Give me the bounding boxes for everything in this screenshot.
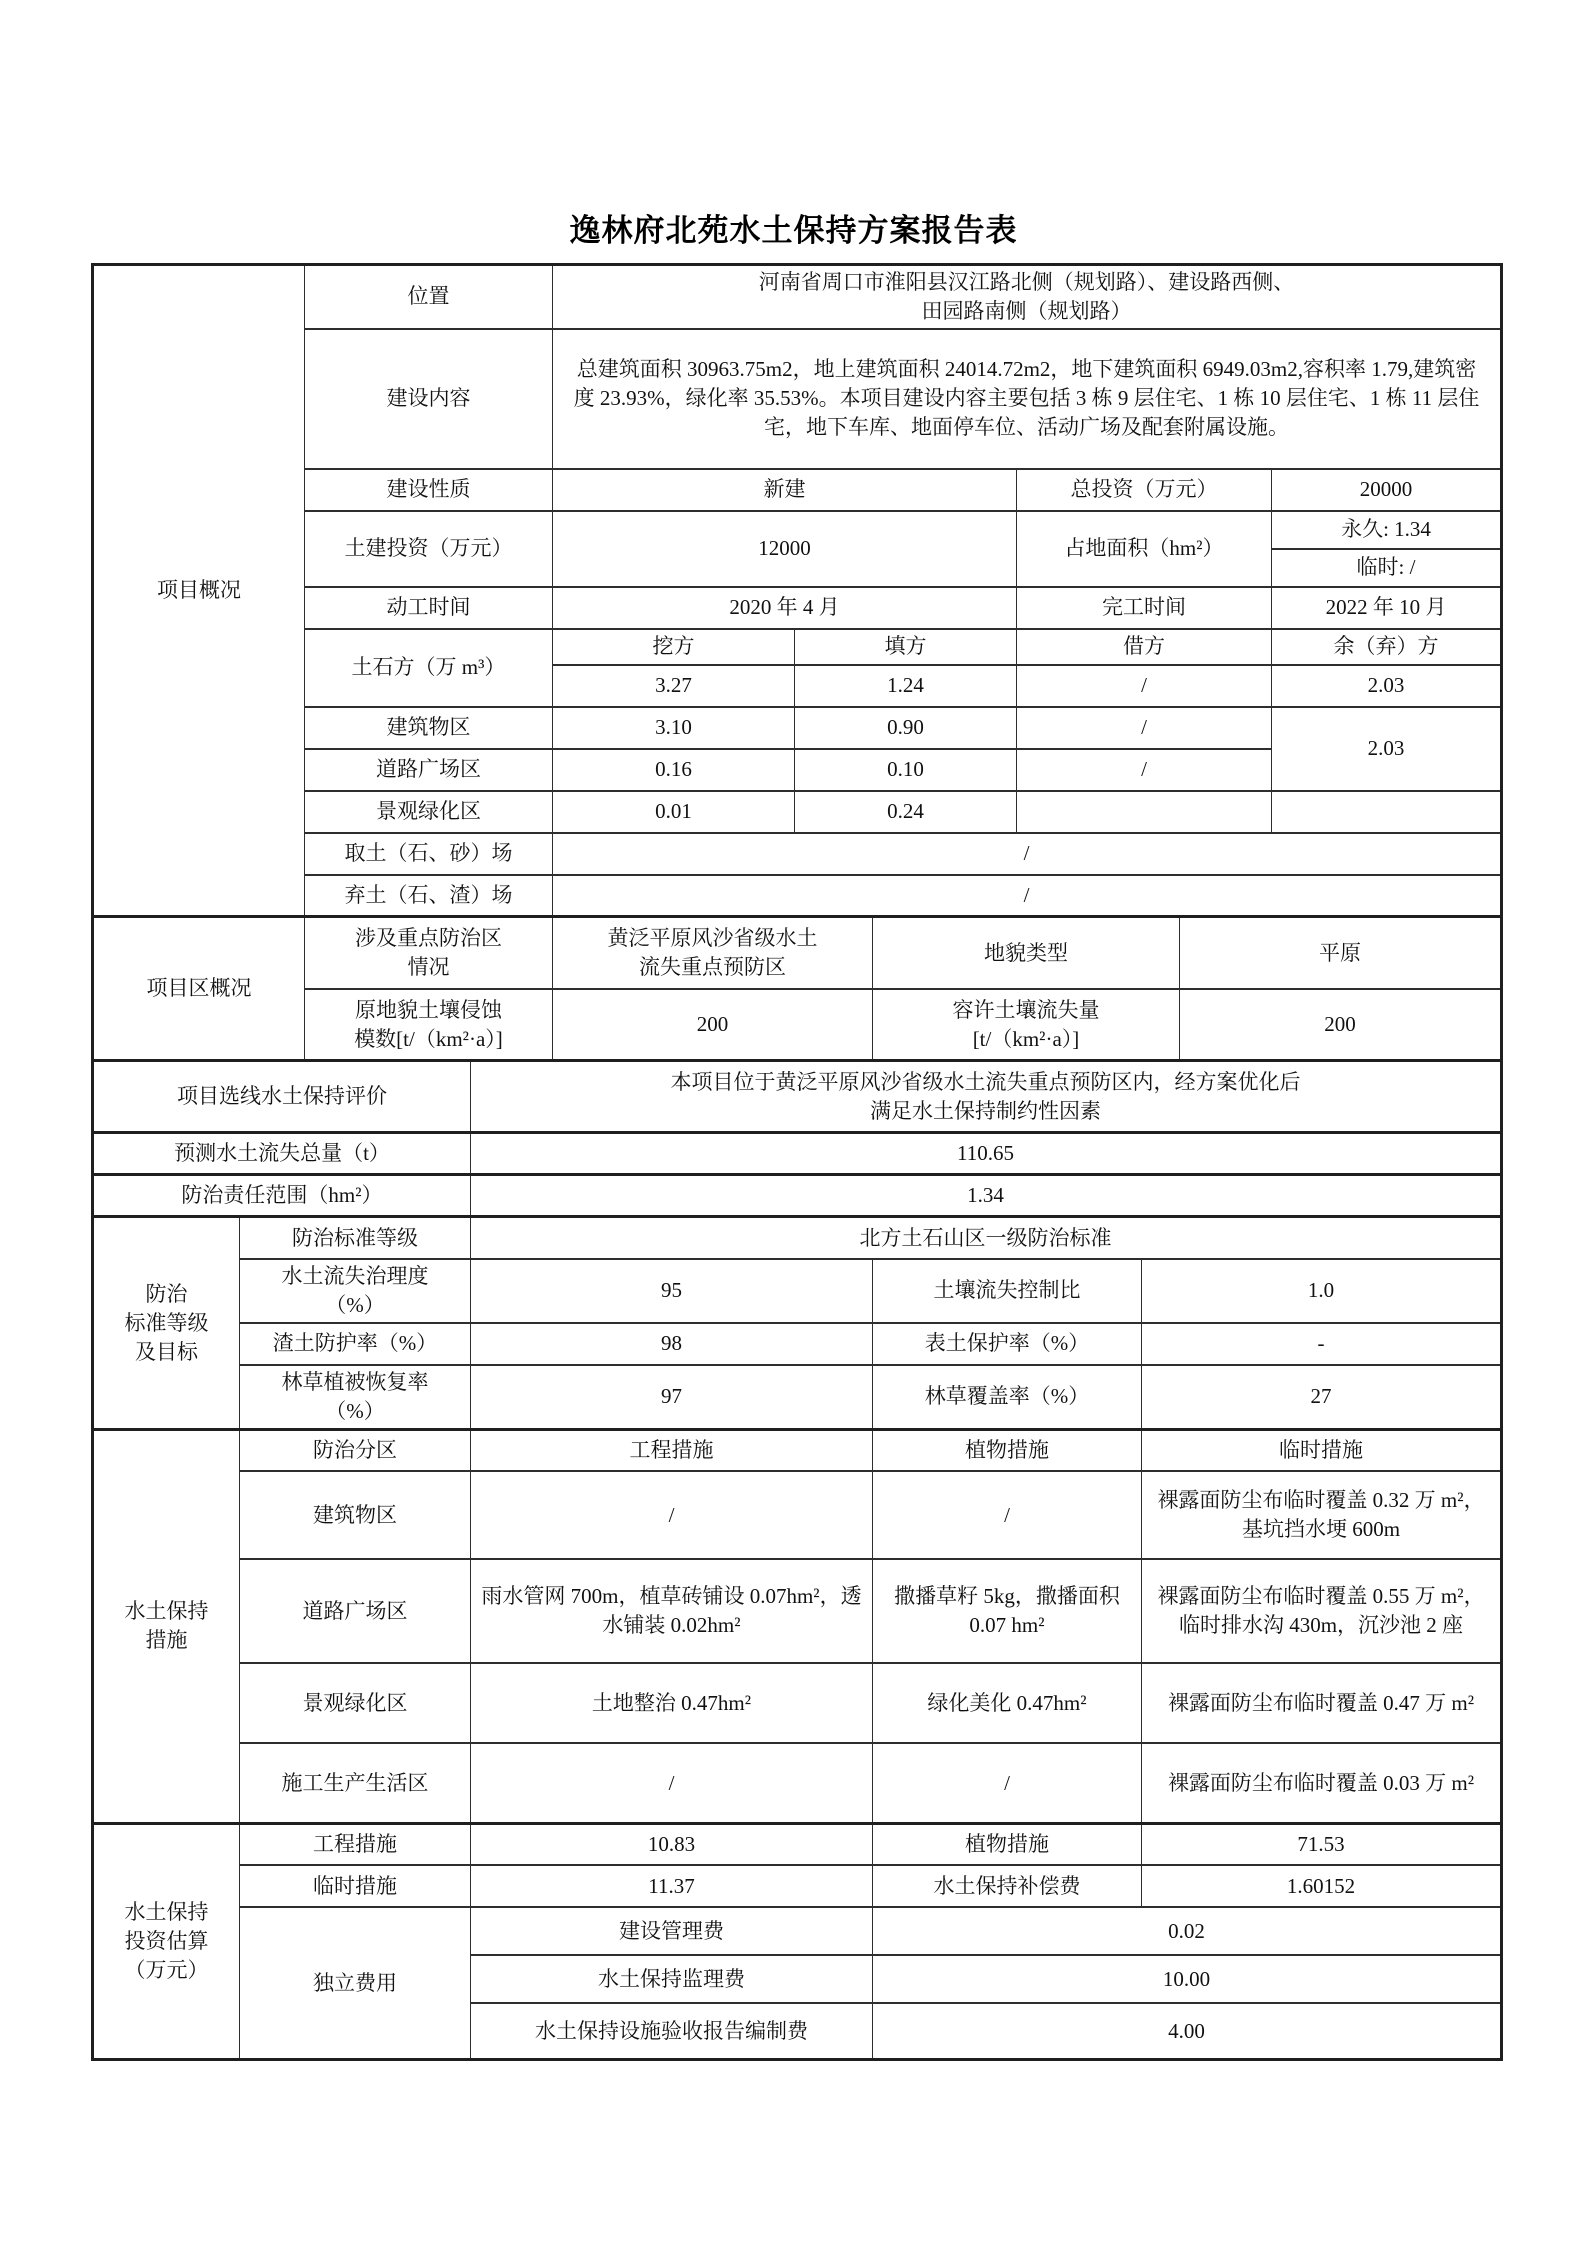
standard-grade-value: 北方土石山区一级防治标准 bbox=[471, 1217, 1502, 1259]
land-area-temporary: 临时: / bbox=[1272, 549, 1502, 587]
road-fill-value: 0.10 bbox=[795, 749, 1017, 791]
road-borrow-value: / bbox=[1017, 749, 1272, 791]
erosion-modulus-value: 200 bbox=[553, 989, 873, 1061]
measures-row-temporary: 裸露面防尘布临时覆盖 0.55 万 m²，临时排水沟 430m，沉沙池 2 座 bbox=[1142, 1559, 1502, 1663]
measures-row-zone: 建筑物区 bbox=[240, 1471, 471, 1559]
treatment-degree-label: 水土流失治理度 （%） bbox=[240, 1259, 471, 1323]
forecast-loss-value: 110.65 bbox=[471, 1133, 1502, 1175]
civil-investment-label: 土建投资（万元） bbox=[305, 511, 553, 587]
green-dig-value: 0.01 bbox=[553, 791, 795, 833]
green-spoil-value bbox=[1272, 791, 1502, 833]
measures-zone-header: 防治分区 bbox=[240, 1429, 471, 1471]
responsibility-scope-value: 1.34 bbox=[471, 1175, 1502, 1217]
measures-temporary-header: 临时措施 bbox=[1142, 1429, 1502, 1471]
land-area-label: 占地面积（hm²） bbox=[1017, 511, 1272, 587]
building-road-spoil-value: 2.03 bbox=[1272, 707, 1502, 791]
borrow-pit-label: 取土（石、砂）场 bbox=[305, 833, 553, 875]
measures-engineering-header: 工程措施 bbox=[471, 1429, 873, 1471]
measures-row-temporary: 裸露面防尘布临时覆盖 0.32 万 m²，基坑挡水埂 600m bbox=[1142, 1471, 1502, 1559]
invest-temporary-value: 11.37 bbox=[471, 1865, 873, 1907]
content-label: 建设内容 bbox=[305, 329, 553, 469]
landform-label: 地貌类型 bbox=[873, 917, 1180, 989]
management-fee-value: 0.02 bbox=[873, 1907, 1502, 1955]
invest-compensation-value: 1.60152 bbox=[1142, 1865, 1502, 1907]
earthwork-borrow-value: / bbox=[1017, 665, 1272, 707]
civil-investment-value: 12000 bbox=[553, 511, 1017, 587]
section-investment-label: 水土保持 投资估算 （万元） bbox=[93, 1823, 240, 2059]
measures-row-temporary: 裸露面防尘布临时覆盖 0.47 万 m² bbox=[1142, 1663, 1502, 1743]
nature-label: 建设性质 bbox=[305, 469, 553, 511]
total-investment-label: 总投资（万元） bbox=[1017, 469, 1272, 511]
content-value: 总建筑面积 30963.75m2，地上建筑面积 24014.72m2，地下建筑面… bbox=[553, 329, 1502, 469]
earthwork-spoil-header: 余（弃）方 bbox=[1272, 629, 1502, 665]
responsibility-scope-label: 防治责任范围（hm²） bbox=[93, 1175, 471, 1217]
earthwork-spoil-value: 2.03 bbox=[1272, 665, 1502, 707]
vegetation-restore-label: 林草植被恢复率 （%） bbox=[240, 1365, 471, 1429]
vegetation-restore-value: 97 bbox=[471, 1365, 873, 1429]
acceptance-report-fee-label: 水土保持设施验收报告编制费 bbox=[471, 2003, 873, 2059]
earthwork-borrow-header: 借方 bbox=[1017, 629, 1272, 665]
earthwork-dig-value: 3.27 bbox=[553, 665, 795, 707]
finish-date-value: 2022 年 10 月 bbox=[1272, 587, 1502, 629]
loss-control-ratio-label: 土壤流失控制比 bbox=[873, 1259, 1142, 1323]
key-prevention-zone-label: 涉及重点防治区 情况 bbox=[305, 917, 553, 989]
section-overview-label: 项目概况 bbox=[93, 265, 305, 917]
invest-plant-label: 植物措施 bbox=[873, 1823, 1142, 1865]
landform-value: 平原 bbox=[1180, 917, 1502, 989]
forecast-loss-label: 预测水土流失总量（t） bbox=[93, 1133, 471, 1175]
start-date-value: 2020 年 4 月 bbox=[553, 587, 1017, 629]
measures-row-zone: 道路广场区 bbox=[240, 1559, 471, 1663]
road-zone-label: 道路广场区 bbox=[305, 749, 553, 791]
measures-row-engineering: 土地整治 0.47hm² bbox=[471, 1663, 873, 1743]
land-area-permanent: 永久: 1.34 bbox=[1272, 511, 1502, 549]
finish-date-label: 完工时间 bbox=[1017, 587, 1272, 629]
location-label: 位置 bbox=[305, 265, 553, 329]
management-fee-label: 建设管理费 bbox=[471, 1907, 873, 1955]
green-zone-label: 景观绿化区 bbox=[305, 791, 553, 833]
earthwork-label: 土石方（万 m³） bbox=[305, 629, 553, 707]
topsoil-protection-value: - bbox=[1142, 1323, 1502, 1365]
measures-row-temporary: 裸露面防尘布临时覆盖 0.03 万 m² bbox=[1142, 1743, 1502, 1823]
page-title: 逸林府北苑水土保持方案报告表 bbox=[0, 0, 1587, 250]
topsoil-protection-label: 表土保护率（%） bbox=[873, 1323, 1142, 1365]
measures-row-engineering: / bbox=[471, 1743, 873, 1823]
key-prevention-zone-value: 黄泛平原风沙省级水土 流失重点预防区 bbox=[553, 917, 873, 989]
allowable-loss-label: 容许土壤流失量 [t/（km²·a）] bbox=[873, 989, 1180, 1061]
borrow-pit-value: / bbox=[553, 833, 1502, 875]
spoil-ground-value: / bbox=[553, 875, 1502, 917]
supervision-fee-value: 10.00 bbox=[873, 1955, 1502, 2003]
building-zone-label: 建筑物区 bbox=[305, 707, 553, 749]
allowable-loss-value: 200 bbox=[1180, 989, 1502, 1061]
measures-row-plant: 撒播草籽 5kg，撒播面积 0.07 hm² bbox=[873, 1559, 1142, 1663]
erosion-modulus-label: 原地貌土壤侵蚀 模数[t/（km²·a）] bbox=[305, 989, 553, 1061]
nature-value: 新建 bbox=[553, 469, 1017, 511]
standard-grade-label: 防治标准等级 bbox=[240, 1217, 471, 1259]
supervision-fee-label: 水土保持监理费 bbox=[471, 1955, 873, 2003]
section-standard-label: 防治 标准等级 及目标 bbox=[93, 1217, 240, 1429]
measures-row-zone: 施工生产生活区 bbox=[240, 1743, 471, 1823]
invest-engineering-value: 10.83 bbox=[471, 1823, 873, 1865]
loss-control-ratio-value: 1.0 bbox=[1142, 1259, 1502, 1323]
green-borrow-value bbox=[1017, 791, 1272, 833]
invest-plant-value: 71.53 bbox=[1142, 1823, 1502, 1865]
measures-row-plant: 绿化美化 0.47hm² bbox=[873, 1663, 1142, 1743]
measures-row-zone: 景观绿化区 bbox=[240, 1663, 471, 1743]
slag-protection-label: 渣土防护率（%） bbox=[240, 1323, 471, 1365]
green-fill-value: 0.24 bbox=[795, 791, 1017, 833]
section-measures-label: 水土保持 措施 bbox=[93, 1429, 240, 1823]
route-evaluation-value: 本项目位于黄泛平原风沙省级水土流失重点预防区内，经方案优化后 满足水土保持制约性… bbox=[471, 1061, 1502, 1133]
vegetation-cover-label: 林草覆盖率（%） bbox=[873, 1365, 1142, 1429]
start-date-label: 动工时间 bbox=[305, 587, 553, 629]
measures-plant-header: 植物措施 bbox=[873, 1429, 1142, 1471]
measures-row-engineering: 雨水管网 700m，植草砖铺设 0.07hm²，透水铺装 0.02hm² bbox=[471, 1559, 873, 1663]
earthwork-dig-header: 挖方 bbox=[553, 629, 795, 665]
spoil-ground-label: 弃土（石、渣）场 bbox=[305, 875, 553, 917]
total-investment-value: 20000 bbox=[1272, 469, 1502, 511]
invest-temporary-label: 临时措施 bbox=[240, 1865, 471, 1907]
building-fill-value: 0.90 bbox=[795, 707, 1017, 749]
measures-row-plant: / bbox=[873, 1743, 1142, 1823]
building-dig-value: 3.10 bbox=[553, 707, 795, 749]
section-project-area-label: 项目区概况 bbox=[93, 917, 305, 1061]
road-dig-value: 0.16 bbox=[553, 749, 795, 791]
building-borrow-value: / bbox=[1017, 707, 1272, 749]
document-page: 逸林府北苑水土保持方案报告表 项目概况 位置 河南省周口市淮阳县汉江路北侧（规划… bbox=[0, 0, 1587, 2245]
location-value: 河南省周口市淮阳县汉江路北侧（规划路）、建设路西侧、 田园路南侧（规划路） bbox=[553, 265, 1502, 329]
vegetation-cover-value: 27 bbox=[1142, 1365, 1502, 1429]
slag-protection-value: 98 bbox=[471, 1323, 873, 1365]
earthwork-fill-header: 填方 bbox=[795, 629, 1017, 665]
measures-row-engineering: / bbox=[471, 1471, 873, 1559]
report-table: 项目概况 位置 河南省周口市淮阳县汉江路北侧（规划路）、建设路西侧、 田园路南侧… bbox=[91, 263, 1503, 2061]
route-evaluation-label: 项目选线水土保持评价 bbox=[93, 1061, 471, 1133]
measures-row-plant: / bbox=[873, 1471, 1142, 1559]
invest-compensation-label: 水土保持补偿费 bbox=[873, 1865, 1142, 1907]
invest-engineering-label: 工程措施 bbox=[240, 1823, 471, 1865]
independent-cost-label: 独立费用 bbox=[240, 1907, 471, 2059]
treatment-degree-value: 95 bbox=[471, 1259, 873, 1323]
acceptance-report-fee-value: 4.00 bbox=[873, 2003, 1502, 2059]
earthwork-fill-value: 1.24 bbox=[795, 665, 1017, 707]
